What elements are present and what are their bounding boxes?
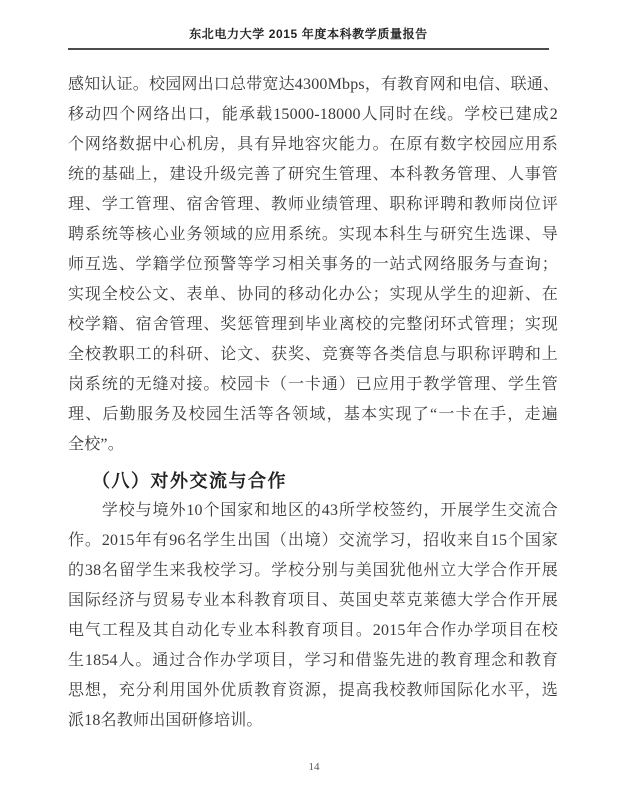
text-line: 理、学工管理、宿舍管理、教师业绩管理、职称评聘和教师岗位评: [68, 190, 558, 220]
text-line: 师互选、学籍学位预警等学习相关事务的一站式网络服务与查询；: [68, 250, 558, 280]
paragraph: 感知认证。校园网出口总带宽达4300Mbps，有教育网和电信、联通、移动四个网络…: [68, 70, 558, 460]
text-line: 国际经济与贸易专业本科教育项目、英国史萃克莱德大学合作开展: [68, 586, 558, 616]
text-line: 岗系统的无缝对接。校园卡（一卡通）已应用于教学管理、学生管: [68, 370, 558, 400]
text-line: 学校与境外10个国家和地区的43所学校签约，开展学生交流合: [68, 496, 558, 526]
document-body: 感知认证。校园网出口总带宽达4300Mbps，有教育网和电信、联通、移动四个网络…: [68, 70, 558, 736]
text-line: 理、后勤服务及校园生活等各领域，基本实现了“一卡在手，走遍: [68, 400, 558, 430]
document-page: 东北电力大学 2015 年度本科教学质量报告 感知认证。校园网出口总带宽达430…: [0, 0, 628, 812]
text-line: 个网络数据中心机房，具有异地容灾能力。在原有数字校园应用系: [68, 130, 558, 160]
section-heading: （八）对外交流与合作: [68, 466, 558, 496]
text-line: 移动四个网络出口，能承载15000-18000人同时在线。学校已建成2: [68, 100, 558, 130]
page-footer: 14: [0, 761, 628, 773]
text-line: 的38名留学生来我校学习。学校分别与美国犹他州立大学合作开展: [68, 556, 558, 586]
header-rule: [68, 48, 549, 50]
text-line: 思想，充分利用国外优质教育资源，提高我校教师国际化水平，选: [68, 676, 558, 706]
running-head-title: 东北电力大学 2015 年度本科教学质量报告: [68, 27, 549, 42]
text-line: 统的基础上，建设升级完善了研究生管理、本科教务管理、人事管: [68, 160, 558, 190]
text-line: 全校教职工的科研、论文、获奖、竞赛等各类信息与职称评聘和上: [68, 340, 558, 370]
paragraph: 学校与境外10个国家和地区的43所学校签约，开展学生交流合作。2015年有96名…: [68, 496, 558, 736]
text-line: 感知认证。校园网出口总带宽达4300Mbps，有教育网和电信、联通、: [68, 70, 558, 100]
page-header: 东北电力大学 2015 年度本科教学质量报告: [68, 0, 549, 50]
page-number: 14: [309, 761, 320, 773]
text-line: 聘系统等核心业务领域的应用系统。实现本科生与研究生选课、导: [68, 220, 558, 250]
text-line: 作。2015年有96名学生出国（出境）交流学习，招收来自15个国家: [68, 526, 558, 556]
text-line: 全校”。: [68, 430, 558, 460]
text-line: 生1854人。通过合作办学项目，学习和借鉴先进的教育理念和教育: [68, 646, 558, 676]
text-line: 实现全校公文、表单、协同的移动化办公；实现从学生的迎新、在: [68, 280, 558, 310]
text-line: 派18名教师出国研修培训。: [68, 706, 558, 736]
text-line: 电气工程及其自动化专业本科教育项目。2015年合作办学项目在校: [68, 616, 558, 646]
text-line: 校学籍、宿舍管理、奖惩管理到毕业离校的完整闭环式管理；实现: [68, 310, 558, 340]
